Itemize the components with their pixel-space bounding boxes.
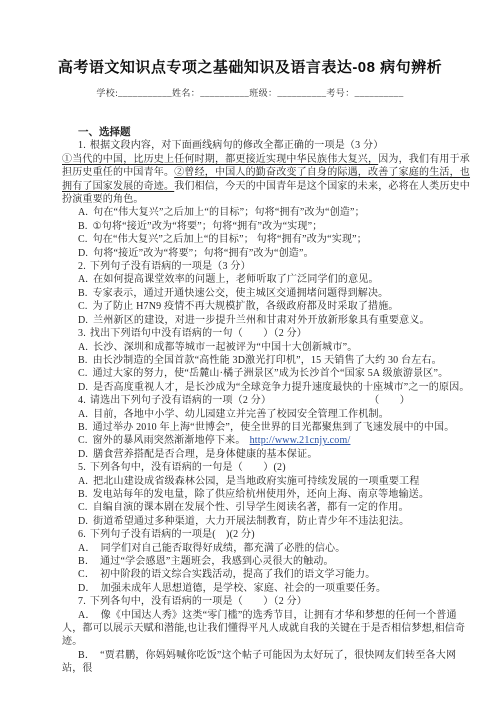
- option-row: C.窗外的暴风雨突然渐渐地停下来。http://www.21cnjy.com/: [62, 434, 470, 447]
- option-row: C．初中阶段的语文综合实践活动，提高了我们的语文学习能力。: [62, 568, 470, 581]
- question: 2.下列句子没有语病的一项是（3 分）A.在如何提高课堂效率的问题上，老师听取了…: [62, 260, 470, 327]
- student-info-fields: 学校:___________姓名：__________班级：__________…: [0, 86, 500, 99]
- questions-container: 1.根据文段内容，对下面画线病句的修改全都正确的一项是（3 分）①当代的中国，比…: [62, 139, 470, 675]
- question-number: 4.: [78, 395, 86, 406]
- underlined-sentence: ①当代的中国，比历史上任何时期，都更接近实现中华民族伟大复兴，: [62, 154, 378, 165]
- option-row: B.由长沙制造的全国首款“高性能 3D激光打印机”，15 天销售了大约 30 台…: [62, 354, 470, 367]
- option-text: 街道希望通过多种渠道，大力开展法制教育，防止青少年不违法犯法。: [93, 516, 409, 527]
- option-text: 同学们对自己能否取得好成绩，都充满了必胜的信心。: [101, 543, 346, 554]
- option-text: 目前，各地中小学、幼儿园建立并完善了校园安全管理工作机制。: [93, 409, 389, 420]
- option-link[interactable]: http://www.21cnjy.com/: [250, 435, 351, 446]
- option-label: A．: [78, 543, 96, 554]
- exam-document-page: 高考语文知识点专项之基础知识及语言表达-08 病句辨析 学校:_________…: [0, 0, 500, 707]
- option-label: C.: [78, 234, 88, 245]
- question-stem-text: 找出下列语句中没有语病的一句（ ）（2 分）: [90, 328, 307, 339]
- question-stem: 2.下列句子没有语病的一项是（3 分）: [62, 260, 470, 273]
- option-row: A．像《中国达人秀》这类“零门槛”的选秀节目，让拥有才华和梦想的任何一个普通人，…: [62, 609, 470, 649]
- option-label: A.: [78, 476, 88, 487]
- question-number: 2.: [78, 261, 86, 272]
- option-text: 句在“伟大复兴”之后加上“的目标”； 句将“拥有”改为“实现”；: [93, 234, 367, 245]
- option-label: B.: [78, 288, 88, 299]
- question-stem: 6.下列句子没有语病的一项是( )(2 分): [62, 528, 470, 541]
- option-label: B．: [78, 556, 95, 567]
- option-row: B．“贾君鹏，你妈妈喊你吃饭”这个帖子可能因为太好玩了，很快网友们转至各大网站，…: [62, 649, 470, 676]
- question: 1.根据文段内容，对下面画线病句的修改全都正确的一项是（3 分）①当代的中国，比…: [62, 139, 470, 260]
- option-row: B.①句将“接近”改为“将要”；句将“拥有”改为“实现”；: [62, 220, 470, 233]
- option-label: B.: [78, 221, 88, 232]
- option-label: D．: [78, 583, 96, 594]
- question: （ ）4.请选出下列句子没有语病的一项（2 分）A.目前，各地中小学、幼儿园建立…: [62, 394, 470, 461]
- option-row: C.为了防止 H7N9 疫情不再大规模扩散，各级政府都及时采取了措施。: [62, 300, 470, 313]
- question-stem: 3.找出下列语句中没有语病的一句（ ）（2 分）: [62, 327, 470, 340]
- question-number: 1.: [78, 140, 86, 151]
- option-text: 是否高度重视人才，是长沙成为“全球竞争力提升速度最快的十座城市”之一的原因。: [93, 382, 469, 393]
- question-stem-text: 根据文段内容，对下面画线病句的修改全都正确的一项是（3 分）: [90, 140, 384, 151]
- option-row: A.在如何提高课堂效率的问题上，老师听取了广泛同学们的意见。: [62, 273, 470, 286]
- option-label: D.: [78, 248, 88, 259]
- option-label: B.: [78, 355, 88, 366]
- option-row: A．同学们对自己能否取得好成绩，都充满了必胜的信心。: [62, 542, 470, 555]
- option-text: 为了防止 H7N9 疫情不再大规模扩散，各级政府都及时采取了措施。: [93, 301, 399, 312]
- question-stem: 5.下列各句中，没有语病的一句是（ ）(2): [62, 461, 470, 474]
- question-stem: 1.根据文段内容，对下面画线病句的修改全都正确的一项是（3 分）: [62, 139, 470, 152]
- option-text: 在如何提高课堂效率的问题上，老师听取了广泛同学们的意见。: [93, 274, 379, 285]
- option-row: A.目前，各地中小学、幼儿园建立并完善了校园安全管理工作机制。: [62, 408, 470, 421]
- option-label: A.: [78, 409, 88, 420]
- option-text: 膳食营养搭配是否合理，是身体健康的基本保证。: [93, 449, 317, 460]
- option-text: 通过“学会感恩”主题班会，我感到心灵很大的触动。: [100, 556, 334, 567]
- option-label: B.: [78, 422, 88, 433]
- question-stem-text: 下列句子没有语病的一项是( )(2 分): [90, 529, 255, 540]
- section-title: 一、选择题: [62, 126, 470, 139]
- option-text: 长沙、深圳和成都等城市一起被评为“中国十大创新城市”。: [93, 342, 357, 353]
- option-row: B．通过“学会感恩”主题班会，我感到心灵很大的触动。: [62, 555, 470, 568]
- question-stem: （ ）4.请选出下列句子没有语病的一项（2 分）: [62, 394, 470, 407]
- option-label: D.: [78, 382, 88, 393]
- option-text: 句将“接近”改为“将要”；句将“拥有”改为“创造”。: [93, 248, 314, 259]
- option-label: C.: [78, 368, 88, 379]
- option-row: A.长沙、深圳和成都等城市一起被评为“中国十大创新城市”。: [62, 341, 470, 354]
- question-number: 3.: [78, 328, 86, 339]
- option-row: C.自编自演的课本剧在发展个性、引导学生阅读名著，都有一定的作用。: [62, 501, 470, 514]
- option-label: A.: [78, 342, 88, 353]
- question-stem: 7.下列各句中，没有语病的一项是（ ）（2 分）: [62, 595, 470, 608]
- question: 5.下列各句中，没有语病的一句是（ ）(2)A.把北山建设成省级森林公园，是当地…: [62, 461, 470, 528]
- question-passage: ①当代的中国，比历史上任何时期，都更接近实现中华民族伟大复兴，因为，我们有用于承…: [62, 153, 470, 207]
- option-label: C.: [78, 301, 88, 312]
- option-text: 加强未成年人思想道德，是学校、家庭、社会的一项重要任务。: [101, 583, 387, 594]
- option-row: B.通过举办 2010 年上海“世博会”，使全世界的目光都聚焦到了飞速发展中的中…: [62, 421, 470, 434]
- question: 6.下列句子没有语病的一项是( )(2 分)A．同学们对自己能否取得好成绩，都充…: [62, 528, 470, 595]
- option-text: 发电站每年的发电量，除了供应给杭州使用外，还向上海、南京等地输送。: [93, 489, 430, 500]
- option-row: D.膳食营养搭配是否合理，是身体健康的基本保证。: [62, 448, 470, 461]
- option-label: A.: [78, 274, 88, 285]
- option-row: A.把北山建设成省级森林公园，是当地政府实施可持续发展的一项重要工程: [62, 475, 470, 488]
- option-label: C.: [78, 502, 88, 513]
- option-text: 专家表示，通过开通快速公交，使主城区交通拥堵问题得到解决。: [93, 288, 389, 299]
- option-label: C.: [78, 435, 88, 446]
- option-row: C.通过大家的努力，使“岳麓山·橘子洲景区”成为长沙首个“国家 5A 级旅游景区…: [62, 367, 470, 380]
- document-header: 高考语文知识点专项之基础知识及语言表达-08 病句辨析 学校:_________…: [0, 56, 500, 99]
- option-row: D.兰州新区的建设，对进一步提升兰州和甘肃对外开放新形象具有重要意义。: [62, 314, 470, 327]
- option-label: A．: [78, 610, 96, 621]
- option-text: 像《中国达人秀》这类“零门槛”的选秀节目，让拥有才华和梦想的任何一个普通人，都可…: [62, 610, 465, 648]
- option-row: B.专家表示，通过开通快速公交，使主城区交通拥堵问题得到解决。: [62, 287, 470, 300]
- option-label: B.: [78, 489, 88, 500]
- page-title: 高考语文知识点专项之基础知识及语言表达-08 病句辨析: [0, 56, 500, 77]
- question-number: 6.: [78, 529, 86, 540]
- question-stem-text: 请选出下列句子没有语病的一项（2 分）: [90, 395, 271, 406]
- option-text: 通过举办 2010 年上海“世博会”，使全世界的目光都聚焦到了飞速发展中的中国。: [93, 422, 455, 433]
- option-label: B．: [78, 650, 95, 661]
- option-row: D．加强未成年人思想道德，是学校、家庭、社会的一项重要任务。: [62, 582, 470, 595]
- option-text: 窗外的暴风雨突然渐渐地停下来。: [93, 435, 246, 446]
- question-stem-text: 下列句子没有语病的一项是（3 分）: [90, 261, 251, 272]
- option-text: 自编自演的课本剧在发展个性、引导学生阅读名著，都有一定的作用。: [93, 502, 409, 513]
- option-row: B.发电站每年的发电量，除了供应给杭州使用外，还向上海、南京等地输送。: [62, 488, 470, 501]
- answer-bracket: （ ）: [353, 394, 410, 407]
- option-label: C．: [78, 569, 95, 580]
- question-stem-text: 下列各句中，没有语病的一项是（ ）（2 分）: [90, 596, 307, 607]
- option-text: ①句将“接近”改为“将要”；句将“拥有”改为“实现”；: [93, 221, 323, 232]
- option-text: “贾君鹏，你妈妈喊你吃饭”这个帖子可能因为太好玩了，很快网友们转至各大网站，很: [62, 650, 456, 674]
- question: 7.下列各句中，没有语病的一项是（ ）（2 分）A．像《中国达人秀》这类“零门槛…: [62, 595, 470, 675]
- option-label: D.: [78, 516, 88, 527]
- option-row: D.是否高度重视人才，是长沙成为“全球竞争力提升速度最快的十座城市”之一的原因。: [62, 381, 470, 394]
- option-text: 由长沙制造的全国首款“高性能 3D激光打印机”，15 天销售了大约 30 台左右…: [93, 355, 442, 366]
- option-row: C.句在“伟大复兴”之后加上“的目标”； 句将“拥有”改为“实现”；: [62, 233, 470, 246]
- option-label: D.: [78, 449, 88, 460]
- option-row: D.街道希望通过多种渠道，大力开展法制教育，防止青少年不违法犯法。: [62, 515, 470, 528]
- question-stem-text: 下列各句中，没有语病的一句是（ ）(2): [90, 462, 286, 473]
- question: 3.找出下列语句中没有语病的一句（ ）（2 分）A.长沙、深圳和成都等城市一起被…: [62, 327, 470, 394]
- option-row: D.句将“接近”改为“将要”；句将“拥有”改为“创造”。: [62, 247, 470, 260]
- option-text: 把北山建设成省级森林公园，是当地政府实施可持续发展的一项重要工程: [93, 476, 419, 487]
- option-row: A.句在“伟大复兴”之后加上“的目标”；句将“拥有”改为“创造”；: [62, 206, 470, 219]
- option-label: A.: [78, 207, 88, 218]
- option-label: D.: [78, 315, 88, 326]
- option-text: 通过大家的努力，使“岳麓山·橘子洲景区”成为长沙首个“国家 5A 级旅游景区”。: [93, 368, 449, 379]
- option-text: 初中阶段的语文综合实践活动，提高了我们的语文学习能力。: [100, 569, 375, 580]
- option-text: 句在“伟大复兴”之后加上“的目标”；句将“拥有”改为“创造”；: [93, 207, 365, 218]
- question-number: 7.: [78, 596, 86, 607]
- question-number: 5.: [78, 462, 86, 473]
- option-text: 兰州新区的建设，对进一步提升兰州和甘肃对外开放新形象具有重要意义。: [93, 315, 430, 326]
